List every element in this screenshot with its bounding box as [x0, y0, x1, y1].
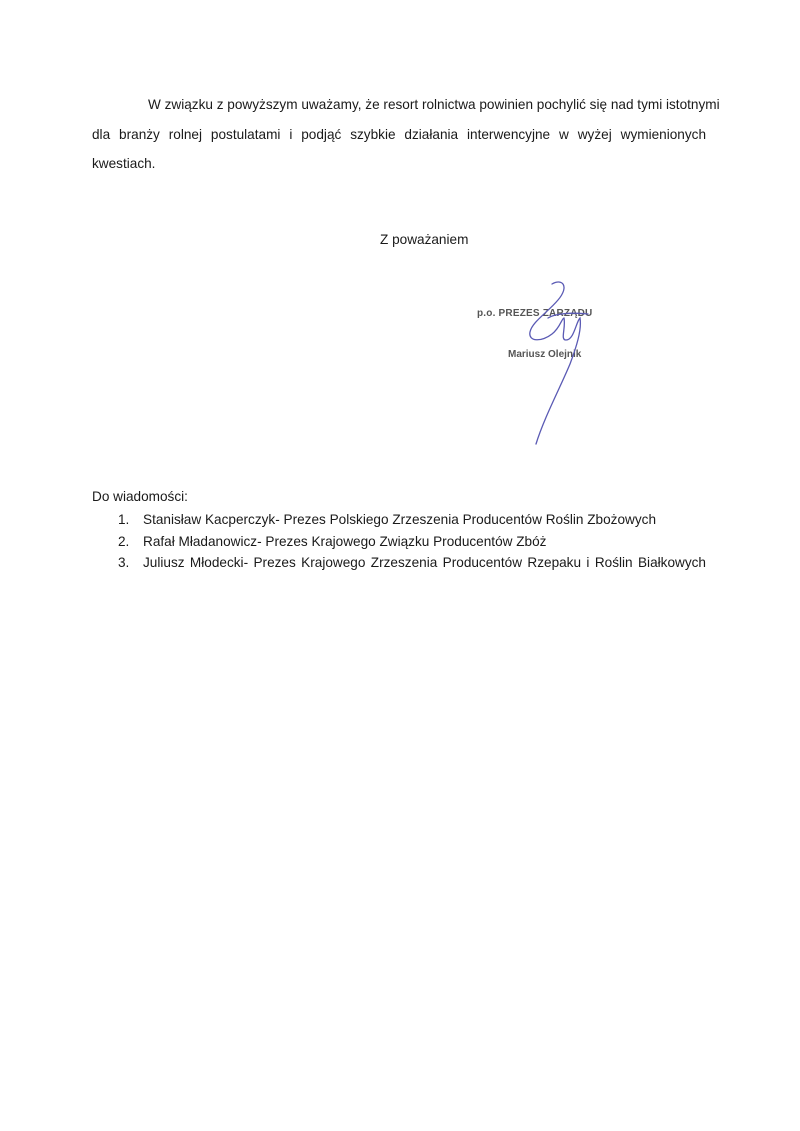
cc-list-item: 2. Rafał Mładanowicz- Prezes Krajowego Z…	[118, 531, 706, 553]
signature-block: p.o. PREZES ZARZĄDU Mariusz Olejnik	[470, 278, 630, 448]
cc-item-text: Stanisław Kacperczyk- Prezes Polskiego Z…	[143, 509, 706, 531]
cc-item-number: 3.	[118, 552, 143, 574]
paragraph-line-1: W związku z powyższym uważamy, że resort…	[92, 90, 706, 120]
cc-item-text: Juliusz Młodecki- Prezes Krajowego Zrzes…	[143, 552, 706, 574]
paragraph-line-3: kwestiach.	[92, 149, 706, 179]
paragraph-line-2: dla branży rolnej postulatami i podjąć s…	[92, 120, 706, 150]
document-page: W związku z powyższym uważamy, że resort…	[0, 0, 800, 1131]
cc-list-item: 3. Juliusz Młodecki- Prezes Krajowego Zr…	[118, 552, 706, 574]
cc-item-number: 1.	[118, 509, 143, 531]
cc-label: Do wiadomości:	[92, 489, 188, 504]
handwritten-signature-icon	[470, 278, 630, 448]
closing-salutation: Z poważaniem	[380, 232, 468, 247]
cc-item-text: Rafał Mładanowicz- Prezes Krajowego Zwią…	[143, 531, 706, 553]
body-paragraph: W związku z powyższym uważamy, że resort…	[92, 90, 706, 179]
cc-list: 1. Stanisław Kacperczyk- Prezes Polskieg…	[118, 509, 706, 574]
cc-item-number: 2.	[118, 531, 143, 553]
cc-list-item: 1. Stanisław Kacperczyk- Prezes Polskieg…	[118, 509, 706, 531]
